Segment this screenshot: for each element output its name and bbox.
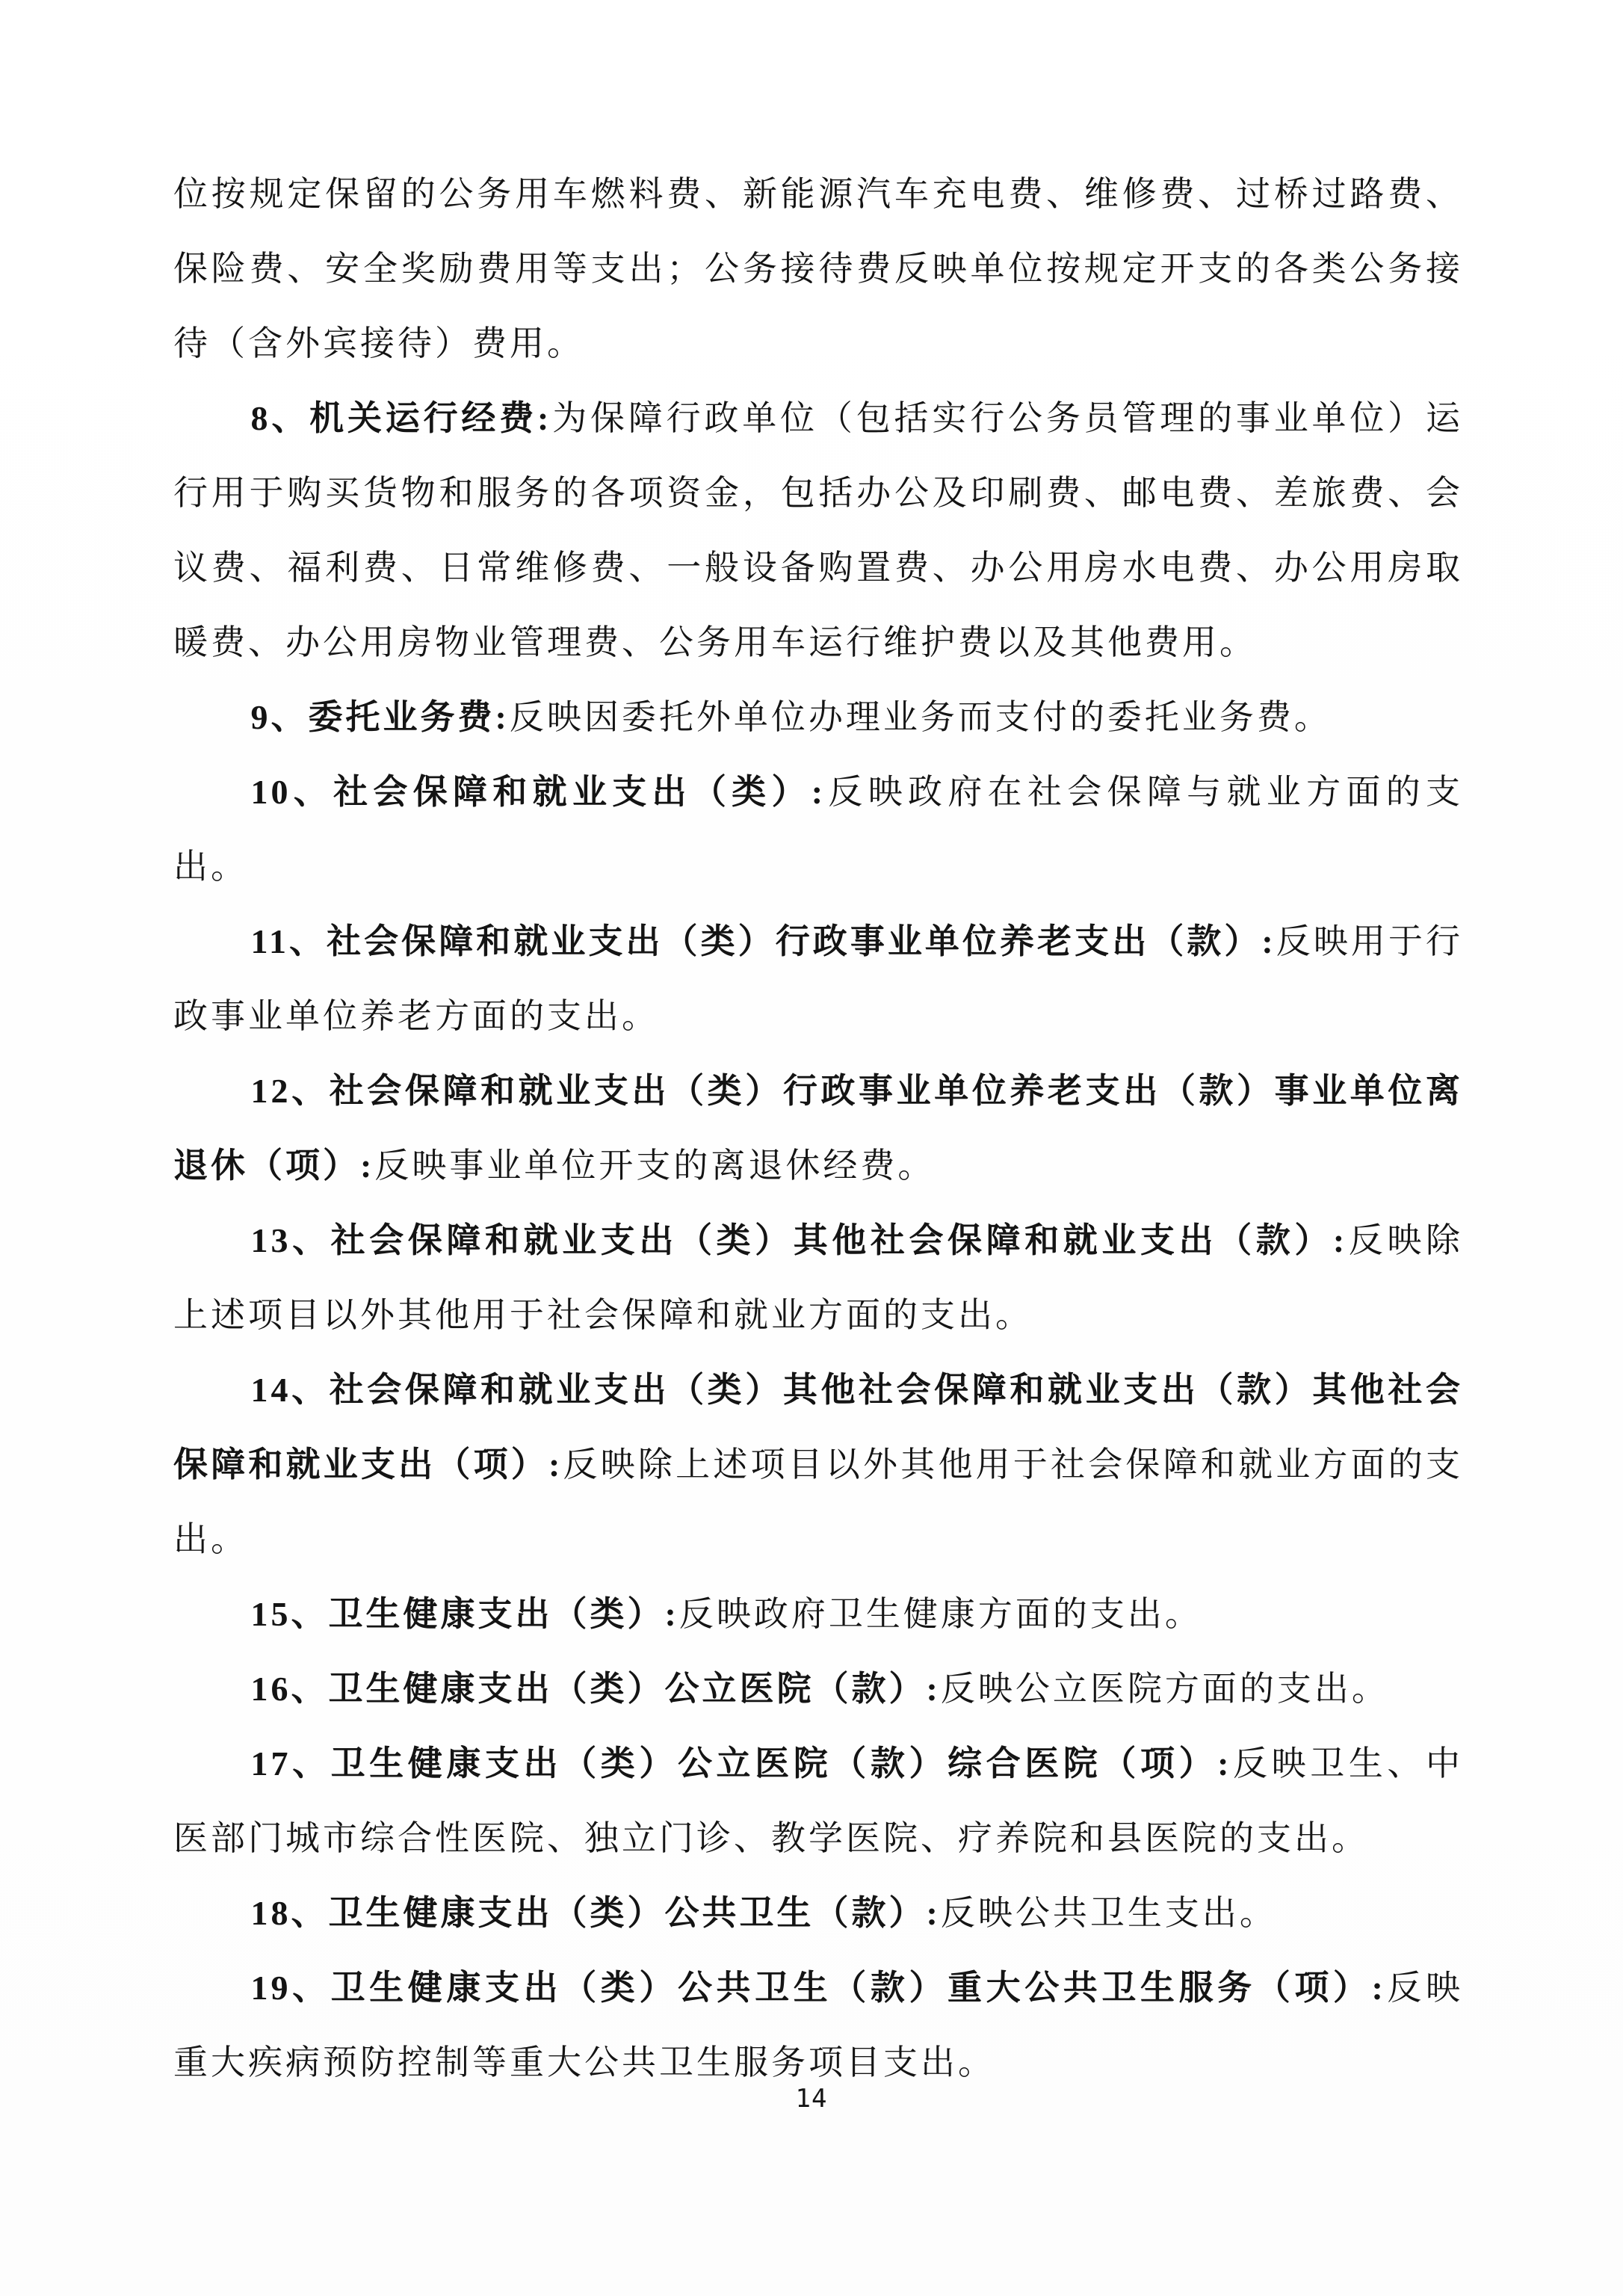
paragraph: 18、卫生健康支出（类）公共卫生（款）:反映公共卫生支出。 xyxy=(173,1876,1463,1951)
paragraph: 15、卫生健康支出（类）:反映政府卫生健康方面的支出。 xyxy=(173,1577,1463,1652)
paragraph: 14、社会保障和就业支出（类）其他社会保障和就业支出（款）其他社会保障和就业支出… xyxy=(173,1353,1463,1577)
paragraph-lead: 16、卫生健康支出（类）公立医院（款）: xyxy=(251,1670,941,1708)
paragraph: 11、社会保障和就业支出（类）行政事业单位养老支出（款）:反映用于行政事业单位养… xyxy=(173,904,1463,1054)
paragraph-lead: 19、卫生健康支出（类）公共卫生（款）重大公共卫生服务（项）: xyxy=(251,1969,1386,2007)
paragraph-lead: 8、机关运行经费: xyxy=(251,399,552,437)
document-page: 位按规定保留的公务用车燃料费、新能源汽车充电费、维修费、过桥过路费、保险费、安全… xyxy=(0,0,1623,2296)
paragraph: 17、卫生健康支出（类）公立医院（款）综合医院（项）:反映卫生、中医部门城市综合… xyxy=(173,1726,1463,1876)
paragraph-lead: 17、卫生健康支出（类）公立医院（款）综合医院（项）: xyxy=(251,1744,1232,1783)
paragraph-lead: 9、委托业务费: xyxy=(251,698,510,736)
paragraph-text: 反映政府卫生健康方面的支出。 xyxy=(679,1595,1202,1633)
paragraph-lead: 11、社会保障和就业支出（类）行政事业单位养老支出（款）: xyxy=(251,922,1276,960)
page-number: 14 xyxy=(0,2084,1623,2114)
paragraph: 10、社会保障和就业支出（类）:反映政府在社会保障与就业方面的支出。 xyxy=(173,755,1463,904)
paragraph: 8、机关运行经费:为保障行政单位（包括实行公务员管理的事业单位）运行用于购买货物… xyxy=(173,381,1463,680)
paragraph: 19、卫生健康支出（类）公共卫生（款）重大公共卫生服务（项）:反映重大疾病预防控… xyxy=(173,1951,1463,2100)
paragraph: 16、卫生健康支出（类）公立医院（款）:反映公立医院方面的支出。 xyxy=(173,1652,1463,1726)
paragraph-text: 位按规定保留的公务用车燃料费、新能源汽车充电费、维修费、过桥过路费、保险费、安全… xyxy=(173,175,1463,362)
paragraph: 12、社会保障和就业支出（类）行政事业单位养老支出（款）事业单位离退休（项）:反… xyxy=(173,1054,1463,1203)
document-body: 位按规定保留的公务用车燃料费、新能源汽车充电费、维修费、过桥过路费、保险费、安全… xyxy=(173,157,1463,2100)
paragraph-text: 反映公共卫生支出。 xyxy=(941,1894,1277,1932)
paragraph: 位按规定保留的公务用车燃料费、新能源汽车充电费、维修费、过桥过路费、保险费、安全… xyxy=(173,157,1463,381)
paragraph-text: 反映公立医院方面的支出。 xyxy=(941,1670,1389,1708)
paragraph-lead: 13、社会保障和就业支出（类）其他社会保障和就业支出（款）: xyxy=(251,1221,1348,1259)
paragraph-text: 为保障行政单位（包括实行公务员管理的事业单位）运行用于购买货物和服务的各项资金，… xyxy=(173,399,1463,661)
paragraph-lead: 18、卫生健康支出（类）公共卫生（款）: xyxy=(251,1894,941,1932)
paragraph-text: 反映因委托外单位办理业务而支付的委托业务费。 xyxy=(510,698,1332,736)
paragraph-text: 反映事业单位开支的离退休经费。 xyxy=(374,1147,935,1185)
paragraph: 9、委托业务费:反映因委托外单位办理业务而支付的委托业务费。 xyxy=(173,680,1463,755)
paragraph-lead: 15、卫生健康支出（类）: xyxy=(251,1595,679,1633)
paragraph: 13、社会保障和就业支出（类）其他社会保障和就业支出（款）:反映除上述项目以外其… xyxy=(173,1203,1463,1353)
paragraph-lead: 10、社会保障和就业支出（类）: xyxy=(251,773,826,811)
